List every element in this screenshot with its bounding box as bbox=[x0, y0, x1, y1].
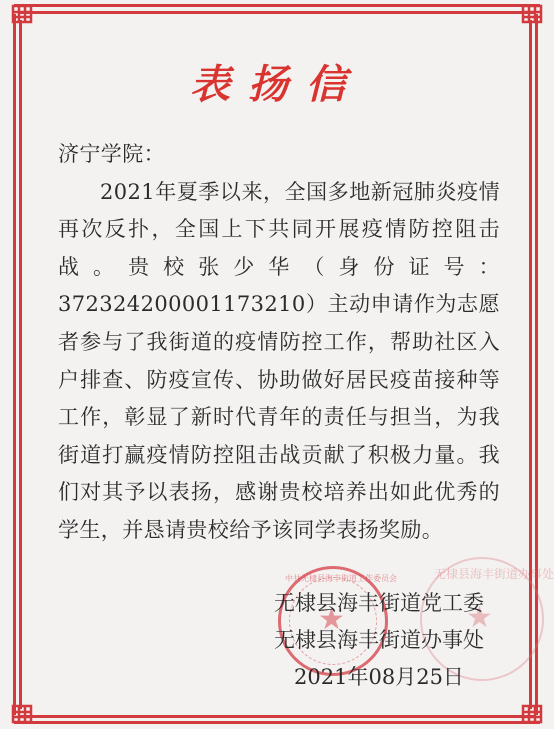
border-bottom-outer bbox=[14, 721, 540, 724]
signature-date: 2021年08月25日 bbox=[264, 659, 494, 696]
corner-knot-icon bbox=[517, 3, 543, 29]
seal-text: 中共无棣县海丰街道工作委员会 bbox=[285, 573, 397, 584]
signature-org-2: 无棣县海丰街道办事处 bbox=[264, 622, 494, 659]
body-paragraph: 2021年夏季以来，全国多地新冠肺炎疫情再次反扑，全国上下共同开展疫情防控阻击战… bbox=[58, 174, 500, 550]
border-left-outer bbox=[13, 14, 16, 715]
signature-block: 无棣县海丰街道党工委 无棣县海丰街道办事处 2021年08月25日 bbox=[264, 585, 494, 696]
corner-knot-icon bbox=[11, 700, 37, 726]
border-top-inner bbox=[20, 11, 534, 14]
letter-title: 表扬信 bbox=[0, 60, 554, 110]
corner-knot-icon bbox=[11, 3, 37, 29]
border-bottom-inner bbox=[20, 715, 534, 718]
letter-body: 济宁学院： 2021年夏季以来，全国多地新冠肺炎疫情再次反扑，全国上下共同开展疫… bbox=[58, 136, 500, 550]
commendation-letter: 表扬信 济宁学院： 2021年夏季以来，全国多地新冠肺炎疫情再次反扑，全国上下共… bbox=[0, 0, 554, 729]
border-left-inner bbox=[19, 20, 22, 709]
border-top-outer bbox=[14, 4, 540, 7]
seal-text: 无棣县海丰街道办事处 bbox=[434, 565, 554, 582]
salutation: 济宁学院： bbox=[58, 136, 500, 174]
signature-org-1: 无棣县海丰街道党工委 bbox=[264, 585, 494, 622]
corner-knot-icon bbox=[517, 700, 543, 726]
